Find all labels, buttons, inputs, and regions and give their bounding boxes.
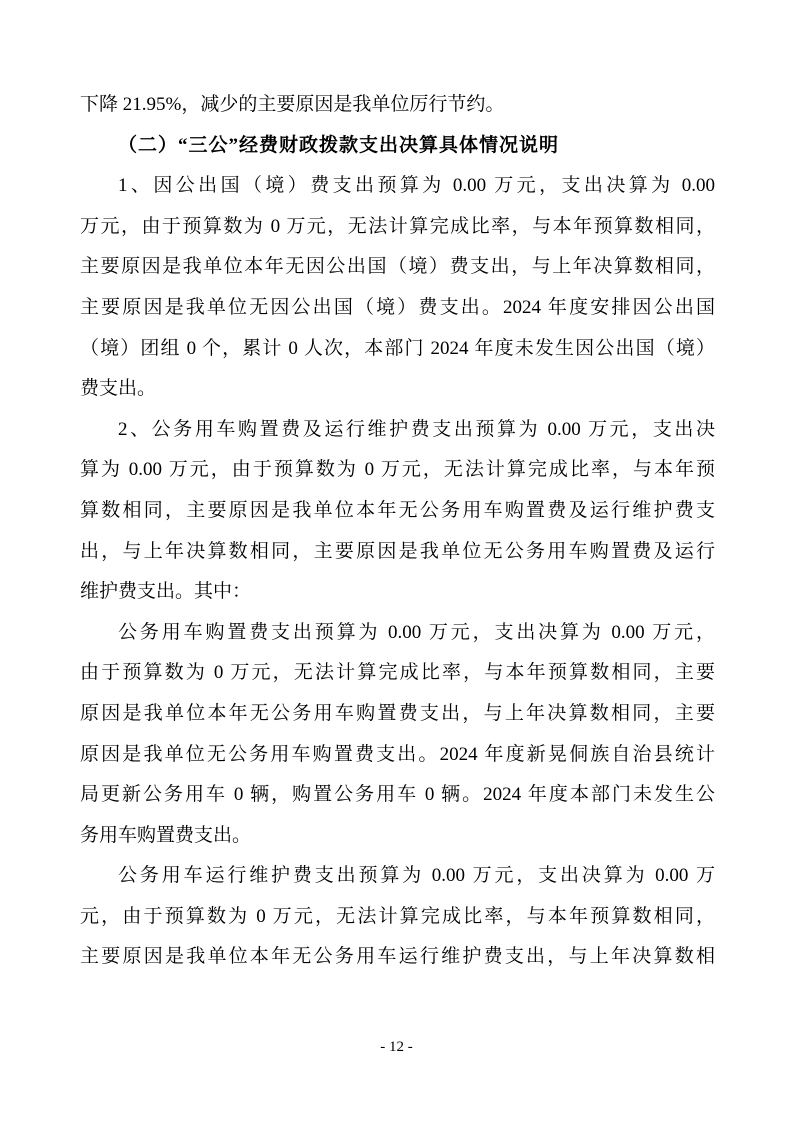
text-line: 万元，由于预算数为 0 万元，无法计算完成比率，与本年预算数相同， — [80, 207, 715, 248]
page-number: - 12 - — [380, 1039, 413, 1055]
paragraph: 下降 21.95%，减少的主要原因是我单位厉行节约。 — [80, 85, 715, 126]
text-line: 下降 21.95%，减少的主要原因是我单位厉行节约。 — [80, 85, 715, 126]
text-line: 局更新公务用车 0 辆，购置公务用车 0 辆。2024 年度本部门未发生公 — [80, 775, 715, 816]
text-line: 费支出。 — [80, 369, 715, 410]
paragraph: 1、因公出国（境）费支出预算为 0.00 万元，支出决算为 0.00万元，由于预… — [80, 166, 715, 410]
document-body: 下降 21.95%，减少的主要原因是我单位厉行节约。（二）“三公”经费财政拨款支… — [80, 85, 715, 978]
text-line: 维护费支出。其中： — [80, 572, 715, 613]
text-line: 1、因公出国（境）费支出预算为 0.00 万元，支出决算为 0.00 — [80, 166, 715, 207]
text-line: 主要原因是我单位本年无因公出国（境）费支出，与上年决算数相同， — [80, 247, 715, 288]
text-line: 务用车购置费支出。 — [80, 816, 715, 857]
text-line: 算为 0.00 万元，由于预算数为 0 万元，无法计算完成比率，与本年预 — [80, 450, 715, 491]
text-line: 出，与上年决算数相同，主要原因是我单位无公务用车购置费及运行 — [80, 532, 715, 573]
text-line: 原因是我单位本年无公务用车购置费支出，与上年决算数相同，主要 — [80, 694, 715, 735]
text-line: （二）“三公”经费财政拨款支出决算具体情况说明 — [80, 126, 715, 167]
text-line: 主要原因是我单位本年无公务用车运行维护费支出，与上年决算数相 — [80, 937, 715, 978]
text-line: 由于预算数为 0 万元，无法计算完成比率，与本年预算数相同，主要 — [80, 653, 715, 694]
document-page: 下降 21.95%，减少的主要原因是我单位厉行节约。（二）“三公”经费财政拨款支… — [0, 0, 793, 1122]
paragraph: 2、公务用车购置费及运行维护费支出预算为 0.00 万元，支出决算为 0.00 … — [80, 410, 715, 613]
text-line: 公务用车运行维护费支出预算为 0.00 万元，支出决算为 0.00 万 — [80, 856, 715, 897]
text-line: （境）团组 0 个，累计 0 人次，本部门 2024 年度未发生因公出国（境） — [80, 329, 715, 370]
paragraph: 公务用车运行维护费支出预算为 0.00 万元，支出决算为 0.00 万元，由于预… — [80, 856, 715, 978]
text-line: 原因是我单位无公务用车购置费支出。2024 年度新晃侗族自治县统计 — [80, 735, 715, 776]
section-heading: （二）“三公”经费财政拨款支出决算具体情况说明 — [80, 126, 715, 167]
text-line: 2、公务用车购置费及运行维护费支出预算为 0.00 万元，支出决 — [80, 410, 715, 451]
text-line: 公务用车购置费支出预算为 0.00 万元，支出决算为 0.00 万元， — [80, 613, 715, 654]
text-line: 算数相同，主要原因是我单位本年无公务用车购置费及运行维护费支 — [80, 491, 715, 532]
page-footer: - 12 - — [0, 1036, 793, 1058]
text-line: 主要原因是我单位无因公出国（境）费支出。2024 年度安排因公出国 — [80, 288, 715, 329]
text-line: 元，由于预算数为 0 万元，无法计算完成比率，与本年预算数相同， — [80, 897, 715, 938]
paragraph: 公务用车购置费支出预算为 0.00 万元，支出决算为 0.00 万元，由于预算数… — [80, 613, 715, 857]
